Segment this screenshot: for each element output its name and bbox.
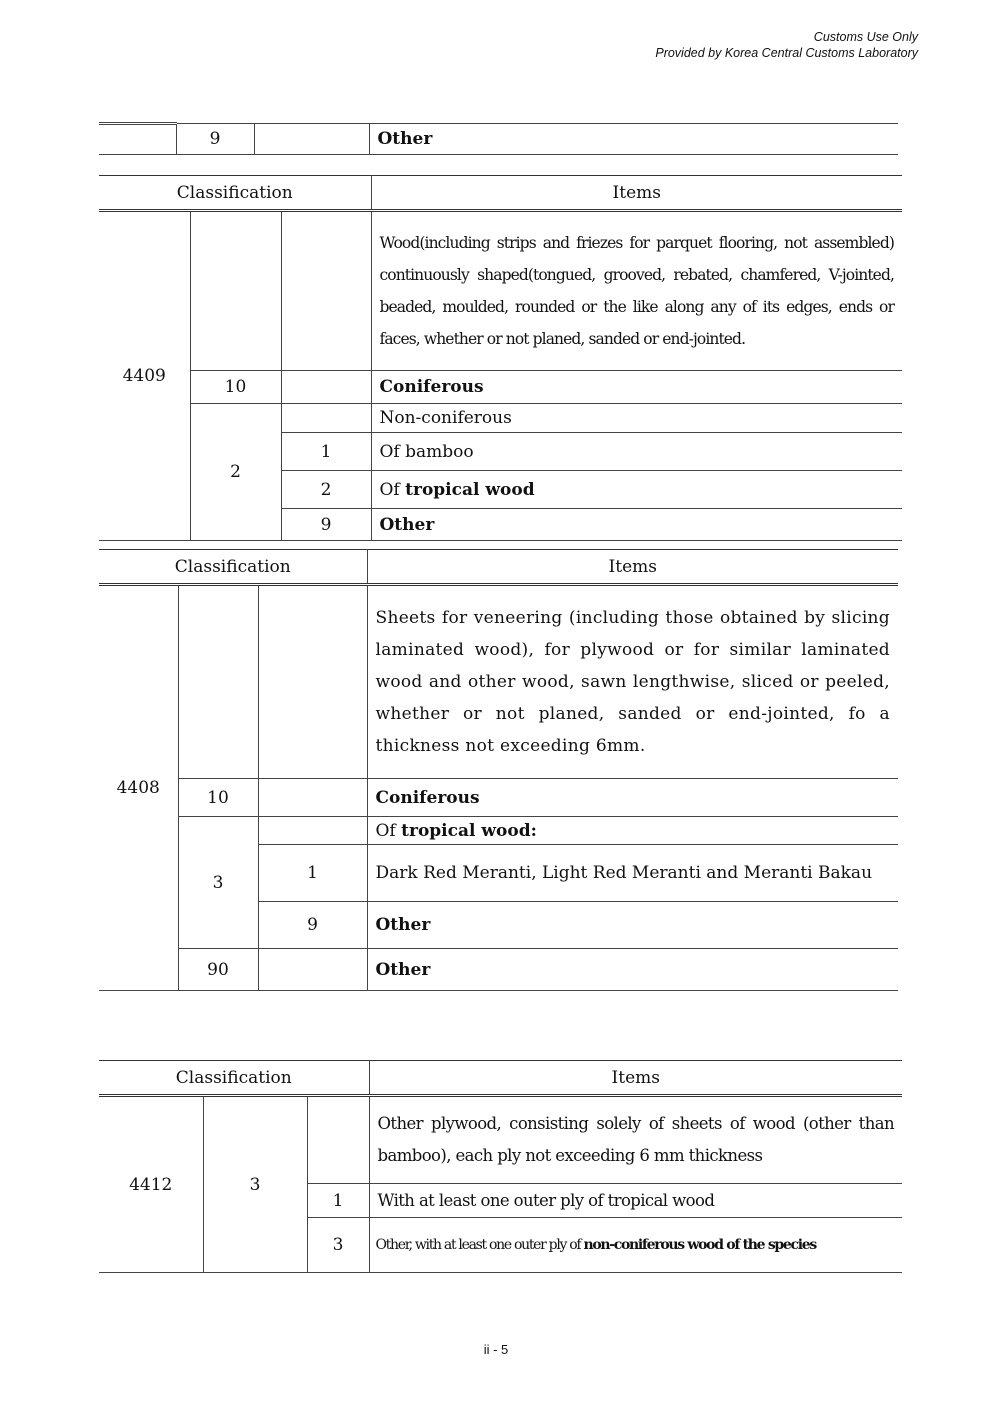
heading-description: Sheets for veneering (including those ob… (367, 585, 898, 779)
heading-description: Wood(including strips and friezes for pa… (371, 211, 902, 371)
page-number: ii - 5 (0, 1342, 992, 1357)
sub-code: 3 (203, 1096, 307, 1273)
items-header: Items (369, 1061, 902, 1096)
classification-header: Classification (99, 550, 367, 585)
header-note: Customs Use Only Provided by Korea Centr… (655, 29, 918, 61)
item-cell: Other (369, 124, 898, 155)
table-4409: Classification Items 4409 Wood(including… (99, 175, 902, 541)
heading-code: 4408 (99, 585, 178, 991)
top-fragment-table: 9 Other (99, 122, 898, 155)
items-header: Items (367, 550, 898, 585)
heading-description: Other plywood, consisting solely of shee… (369, 1096, 902, 1184)
table-row: 2 Non-coniferous (99, 404, 902, 433)
heading-code: 4412 (99, 1096, 203, 1273)
classification-header: Classification (99, 1061, 369, 1096)
customs-use-only: Customs Use Only (655, 29, 918, 45)
table-row: 3 Of tropical wood: (99, 817, 898, 845)
table-row: 10 Coniferous (99, 779, 898, 817)
table-4408: Classification Items 4408 Sheets for ven… (99, 549, 898, 991)
table-4412: Classification Items 4412 3 Other plywoo… (99, 1060, 902, 1273)
table-row: 90 Other (99, 949, 898, 991)
items-header: Items (371, 176, 902, 211)
table-row: 10 Coniferous (99, 371, 902, 404)
code-cell: 9 (176, 124, 254, 155)
heading-code: 4409 (99, 211, 190, 541)
provider-line: Provided by Korea Central Customs Labora… (655, 45, 918, 61)
classification-header: Classification (99, 176, 371, 211)
